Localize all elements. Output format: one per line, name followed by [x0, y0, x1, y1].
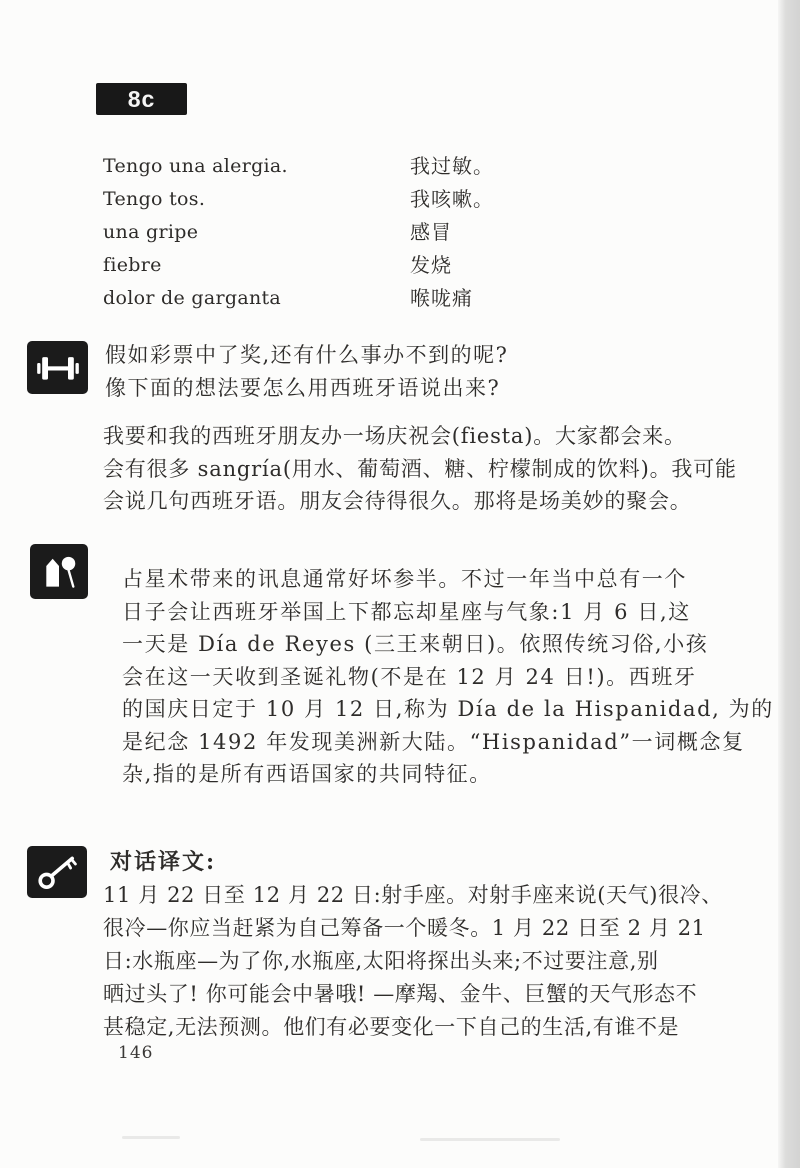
vocab-row: Tengo una alergia. 我过敏。: [103, 150, 494, 183]
vocab-row: Tengo tos. 我咳嗽。: [103, 183, 494, 216]
text-line: 占星术带来的讯息通常好坏参半。不过一年当中总有一个: [122, 563, 774, 596]
answers-text: 11 月 22 日至 12 月 22 日:射手座。对射手座来说(天气)很冷、很冷…: [103, 879, 723, 1044]
section-badge: 8c: [96, 83, 187, 115]
exercise-paragraph: 我要和我的西班牙朋友办一场庆祝会(fiesta)。大家都会来。会有很多 sang…: [103, 420, 737, 518]
dumbbell-icon: [27, 341, 88, 394]
vocab-list: Tengo una alergia. 我过敏。 Tengo tos. 我咳嗽。 …: [103, 150, 494, 315]
scan-artifact: [122, 1136, 180, 1139]
text-line: 甚稳定,无法预测。他们有必要变化一下自己的生活,有谁不是: [103, 1011, 723, 1044]
page-edge-shadow: [778, 0, 800, 1168]
text-line: 会说几句西班牙语。朋友会待得很久。那将是场美妙的聚会。: [103, 485, 737, 518]
spanish-term: fiebre: [103, 249, 410, 282]
spanish-term: dolor de garganta: [103, 282, 410, 315]
page-number: 146: [118, 1043, 153, 1063]
chinese-translation: 我过敏。: [410, 150, 494, 183]
text-line: 杂,指的是所有西语国家的共同特征。: [122, 758, 774, 791]
text-line: 11 月 22 日至 12 月 22 日:射手座。对射手座来说(天气)很冷、: [103, 879, 723, 912]
text-line: 是纪念 1492 年发现美洲新大陆。“Hispanidad”一词概念复: [122, 726, 774, 759]
vocab-row: dolor de garganta 喉咙痛: [103, 282, 494, 315]
text-line: 会在这一天收到圣诞礼物(不是在 12 月 24 日!)。西班牙: [122, 661, 774, 694]
text-line: 日:水瓶座—为了你,水瓶座,太阳将探出头来;不过要注意,别: [103, 945, 723, 978]
text-line: 一天是 Día de Reyes (三王来朝日)。依照传统习俗,小孩: [122, 628, 774, 661]
chinese-translation: 发烧: [410, 249, 452, 282]
answers-heading: 对话译文:: [110, 845, 216, 876]
text-line: 晒过头了! 你可能会中暑哦! —摩羯、金牛、巨蟹的天气形态不: [103, 978, 723, 1011]
vocab-row: fiebre 发烧: [103, 249, 494, 282]
scan-artifact: [420, 1138, 560, 1141]
text-line: 会有很多 sangría(用水、葡萄酒、糖、柠檬制成的饮料)。我可能: [103, 453, 737, 486]
culture-note: 占星术带来的讯息通常好坏参半。不过一年当中总有一个日子会让西班牙举国上下都忘却星…: [122, 563, 774, 791]
text-line: 像下面的想法要怎么用西班牙语说出来?: [105, 372, 508, 405]
spanish-term: Tengo una alergia.: [103, 150, 410, 183]
text-line: 日子会让西班牙举国上下都忘却星座与气象:1 月 6 日,这: [122, 596, 774, 629]
text-line: 我要和我的西班牙朋友办一场庆祝会(fiesta)。大家都会来。: [103, 420, 737, 453]
key-icon: [27, 846, 87, 898]
text-line: 很冷—你应当赶紧为自己筹备一个暖冬。1 月 22 日至 2 月 21: [103, 912, 723, 945]
chinese-translation: 我咳嗽。: [410, 183, 494, 216]
spanish-term: una gripe: [103, 216, 410, 249]
chinese-translation: 感冒: [410, 216, 452, 249]
chinese-translation: 喉咙痛: [410, 282, 473, 315]
bottle-and-balloon-icon: [30, 544, 88, 599]
exercise-prompt: 假如彩票中了奖,还有什么事办不到的呢?像下面的想法要怎么用西班牙语说出来?: [105, 339, 508, 405]
text-line: 假如彩票中了奖,还有什么事办不到的呢?: [105, 339, 508, 372]
spanish-term: Tengo tos.: [103, 183, 410, 216]
book-page: 8c Tengo una alergia. 我过敏。 Tengo tos. 我咳…: [0, 0, 800, 1168]
text-line: 的国庆日定于 10 月 12 日,称为 Día de la Hispanidad…: [122, 693, 774, 726]
vocab-row: una gripe 感冒: [103, 216, 494, 249]
